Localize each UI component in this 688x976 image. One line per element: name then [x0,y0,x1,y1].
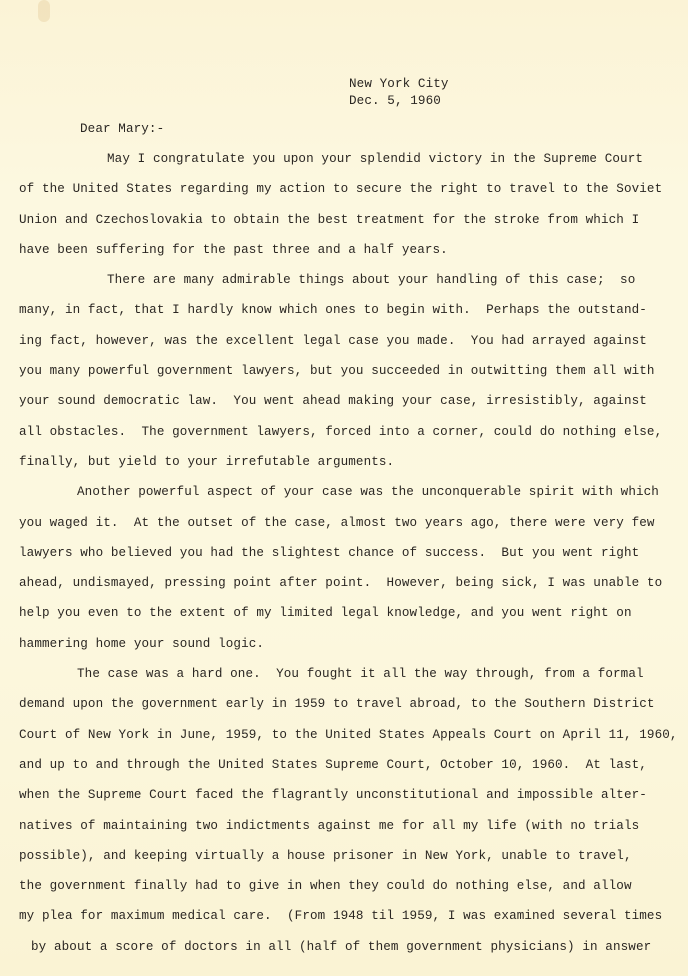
letter-line: demand upon the government early in 1959… [19,697,688,727]
letter-line: ing fact, however, was the excellent leg… [19,334,688,364]
letter-line: Another powerful aspect of your case was… [19,485,688,515]
letter-line: my plea for maximum medical care. (From … [19,909,688,939]
letter-line: you waged it. At the outset of the case,… [19,516,688,546]
letter-line: Union and Czechoslovakia to obtain the b… [19,213,688,243]
letter-line: natives of maintaining two indictments a… [19,819,688,849]
salutation: Dear Mary:- [80,122,164,136]
letter-line: by about a score of doctors in all (half… [19,940,688,970]
letter-body: May I congratulate you upon your splendi… [19,152,688,970]
letter-line: the government finally had to give in wh… [19,879,688,909]
letter-header: New York City Dec. 5, 1960 [349,76,449,110]
letter-line: and up to and through the United States … [19,758,688,788]
letter-line: possible), and keeping virtually a house… [19,849,688,879]
letter-line: The case was a hard one. You fought it a… [19,667,688,697]
letter-line: your sound democratic law. You went ahea… [19,394,688,424]
letter-line: many, in fact, that I hardly know which … [19,303,688,333]
letter-line: all obstacles. The government lawyers, f… [19,425,688,455]
letter-line: ahead, undismayed, pressing point after … [19,576,688,606]
letter-line: of the United States regarding my action… [19,182,688,212]
letter-line: finally, but yield to your irrefutable a… [19,455,688,485]
letter-line: help you even to the extent of my limite… [19,606,688,636]
letter-page: New York City Dec. 5, 1960 Dear Mary:- M… [0,0,688,976]
letter-place: New York City [349,76,449,93]
letter-line: have been suffering for the past three a… [19,243,688,273]
letter-line: There are many admirable things about yo… [19,273,688,303]
letter-date: Dec. 5, 1960 [349,93,449,110]
letter-line: Court of New York in June, 1959, to the … [19,728,688,758]
letter-line: you many powerful government lawyers, bu… [19,364,688,394]
letter-line: May I congratulate you upon your splendi… [19,152,688,182]
letter-line: when the Supreme Court faced the flagran… [19,788,688,818]
paper-stain [38,0,50,22]
letter-line: hammering home your sound logic. [19,637,688,667]
letter-line: lawyers who believed you had the slighte… [19,546,688,576]
